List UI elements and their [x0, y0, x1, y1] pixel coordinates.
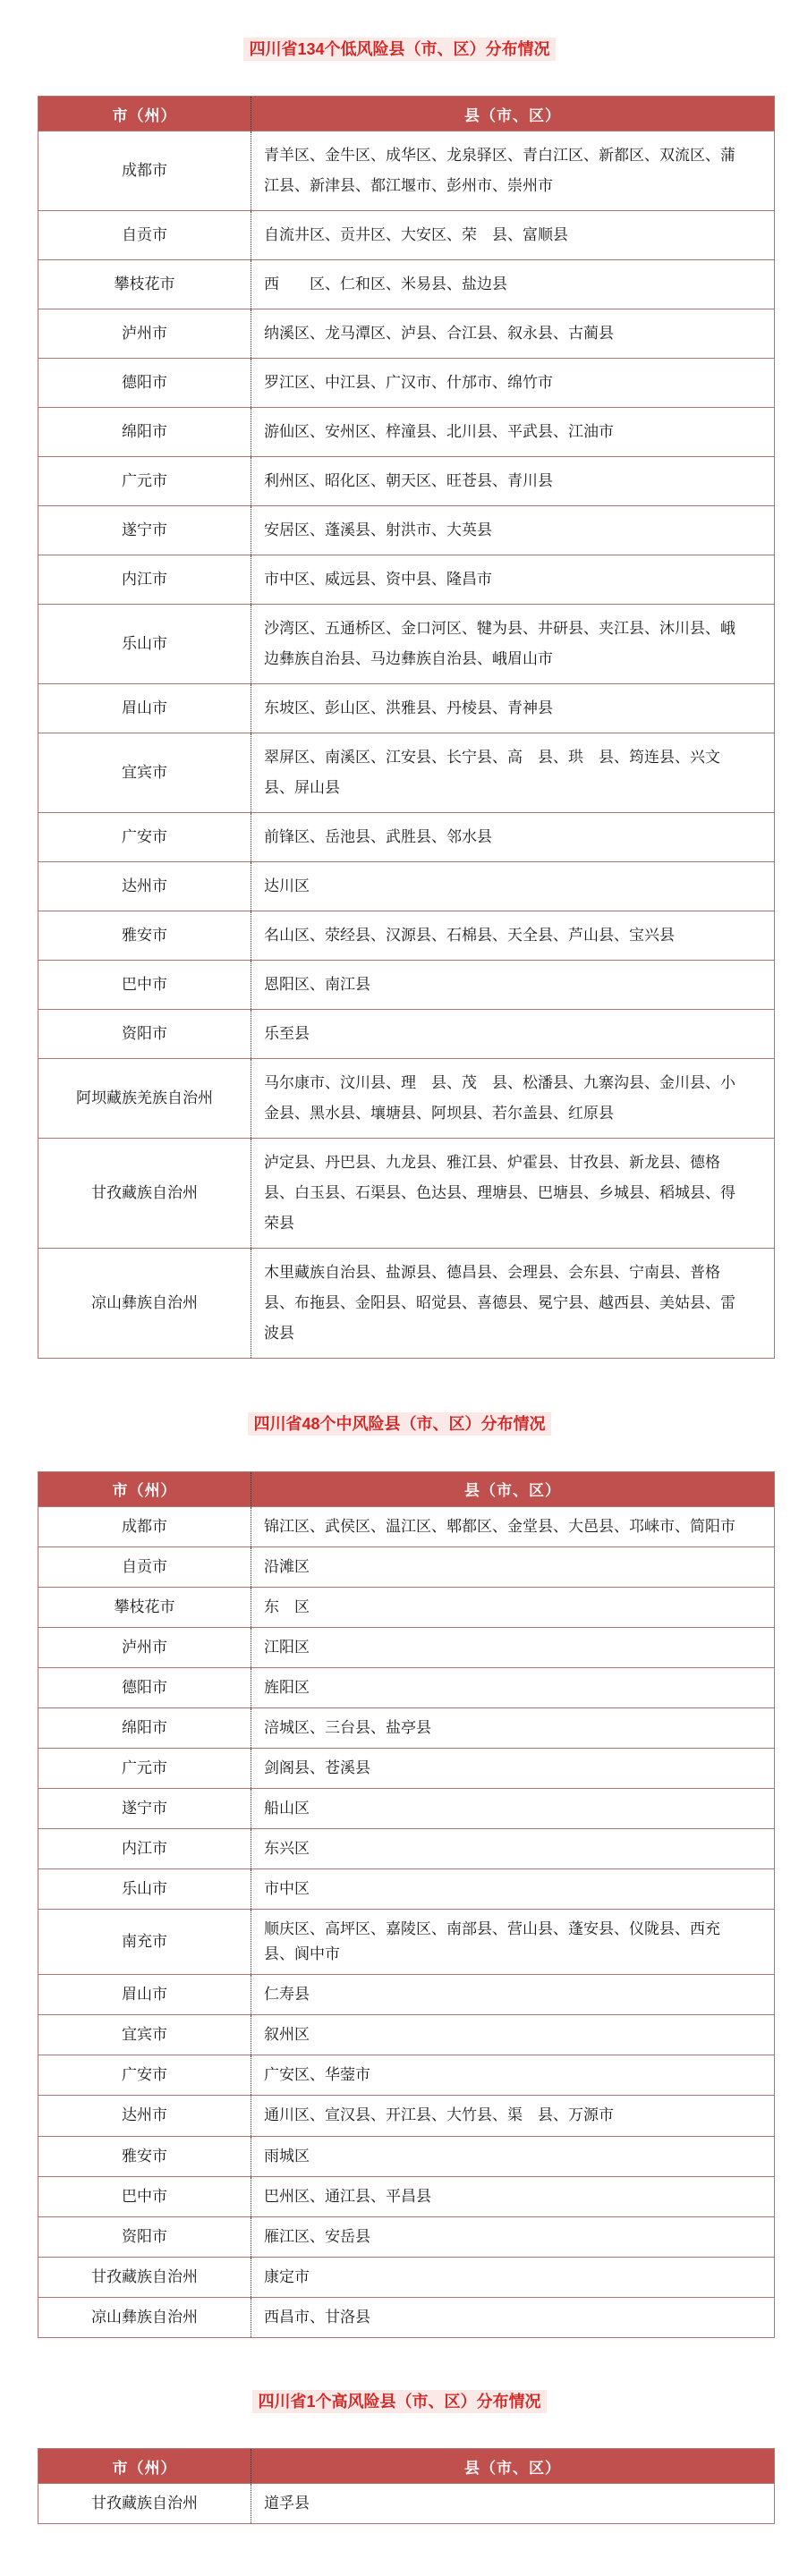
table-row: 广元市利州区、昭化区、朝天区、旺苍县、青川县: [38, 457, 775, 506]
county-list-cell: 雁江区、安岳县: [251, 2216, 775, 2257]
county-list-cell: 康定市: [251, 2257, 775, 2297]
table-row: 绵阳市涪城区、三台县、盐亭县: [38, 1708, 775, 1749]
county-list-cell: 东 区: [251, 1587, 775, 1627]
table-row: 眉山市仁寿县: [38, 1975, 775, 2015]
county-list-cell: 达川区: [251, 862, 775, 911]
table-row: 达州市通川区、宣汉县、开江县、大竹县、渠 县、万源市: [38, 2096, 775, 2136]
section-title-text: 四川省134个低风险县（市、区）分布情况: [243, 38, 555, 61]
table-row: 内江市市中区、威远县、资中县、隆昌市: [38, 555, 775, 605]
table-row: 泸州市纳溪区、龙马潭区、泸县、合江县、叙永县、古蔺县: [38, 309, 775, 359]
county-list-cell: 雨城区: [251, 2136, 775, 2176]
table-row: 遂宁市船山区: [38, 1789, 775, 1829]
table-row: 德阳市罗江区、中江县、广汉市、什邡市、绵竹市: [38, 359, 775, 408]
table-row: 广安市广安区、华蓥市: [38, 2055, 775, 2096]
city-cell: 成都市: [38, 131, 251, 211]
city-cell: 凉山彝族自治州: [38, 2297, 251, 2337]
county-list-cell: 东兴区: [251, 1829, 775, 1869]
county-list-cell: 西昌市、甘洛县: [251, 2297, 775, 2337]
county-list-cell: 西 区、仁和区、米易县、盐边县: [251, 260, 775, 309]
county-list-cell: 巴州区、通江县、平昌县: [251, 2176, 775, 2216]
city-cell: 内江市: [38, 1829, 251, 1869]
column-header-city: 市（州）: [38, 2449, 251, 2484]
county-list-cell: 道孚县: [251, 2484, 775, 2524]
city-cell: 泸州市: [38, 1627, 251, 1667]
table-row: 绵阳市游仙区、安州区、梓潼县、北川县、平武县、江油市: [38, 408, 775, 457]
county-list-cell: 广安区、华蓥市: [251, 2055, 775, 2096]
county-list-cell: 乐至县: [251, 1010, 775, 1059]
column-header-city: 市（州）: [38, 97, 251, 131]
county-list-cell: 江阳区: [251, 1627, 775, 1667]
city-cell: 甘孜藏族自治州: [38, 2484, 251, 2524]
county-list-cell: 安居区、蓬溪县、射洪市、大英县: [251, 506, 775, 555]
city-cell: 眉山市: [38, 684, 251, 733]
table-row: 遂宁市安居区、蓬溪县、射洪市、大英县: [38, 506, 775, 555]
city-cell: 达州市: [38, 2096, 251, 2136]
table-row: 甘孜藏族自治州康定市: [38, 2257, 775, 2297]
column-header-county: 县（市、区）: [251, 1471, 775, 1506]
county-list-cell: 沿滩区: [251, 1546, 775, 1587]
table-row: 广安市前锋区、岳池县、武胜县、邻水县: [38, 813, 775, 862]
county-list-cell: 东坡区、彭山区、洪雅县、丹棱县、青神县: [251, 684, 775, 733]
county-list-cell: 沙湾区、五通桥区、金口河区、犍为县、井研县、夹江县、沐川县、峨边彝族自治县、马边…: [251, 605, 775, 684]
city-cell: 雅安市: [38, 911, 251, 961]
column-header-county: 县（市、区）: [251, 97, 775, 131]
table-row: 泸州市江阳区: [38, 1627, 775, 1667]
city-cell: 甘孜藏族自治州: [38, 1139, 251, 1249]
section-title-text: 四川省48个中风险县（市、区）分布情况: [248, 1412, 550, 1436]
table-row: 雅安市名山区、荥经县、汉源县、石棉县、天全县、芦山县、宝兴县: [38, 911, 775, 961]
document-page: 四川省134个低风险县（市、区）分布情况 市（州） 县（市、区） 成都市青羊区、…: [0, 0, 799, 2576]
table-row: 巴中市巴州区、通江县、平昌县: [38, 2176, 775, 2216]
table-row: 甘孜藏族自治州泸定县、丹巴县、九龙县、雅江县、炉霍县、甘孜县、新龙县、德格县、白…: [38, 1139, 775, 1249]
city-cell: 宜宾市: [38, 2015, 251, 2055]
county-list-cell: 名山区、荥经县、汉源县、石棉县、天全县、芦山县、宝兴县: [251, 911, 775, 961]
table-row: 眉山市东坡区、彭山区、洪雅县、丹棱县、青神县: [38, 684, 775, 733]
city-cell: 内江市: [38, 555, 251, 605]
table-row: 宜宾市翠屏区、南溪区、江安县、长宁县、高 县、珙 县、筠连县、兴文县、屏山县: [38, 733, 775, 813]
risk-table-high: 市（州） 县（市、区） 甘孜藏族自治州道孚县: [38, 2448, 775, 2524]
table-row: 资阳市雁江区、安岳县: [38, 2216, 775, 2257]
table-row: 阿坝藏族羌族自治州马尔康市、汶川县、理 县、茂 县、松潘县、九寨沟县、金川县、小…: [38, 1059, 775, 1139]
city-cell: 绵阳市: [38, 1708, 251, 1749]
column-header-city: 市（州）: [38, 1471, 251, 1506]
county-list-cell: 市中区、威远县、资中县、隆昌市: [251, 555, 775, 605]
table-row: 自贡市沿滩区: [38, 1546, 775, 1587]
table-row: 攀枝花市西 区、仁和区、米易县、盐边县: [38, 260, 775, 309]
county-list-cell: 翠屏区、南溪区、江安县、长宁县、高 县、珙 县、筠连县、兴文县、屏山县: [251, 733, 775, 813]
city-cell: 甘孜藏族自治州: [38, 2257, 251, 2297]
table-row: 宜宾市叙州区: [38, 2015, 775, 2055]
city-cell: 阿坝藏族羌族自治州: [38, 1059, 251, 1139]
county-list-cell: 船山区: [251, 1789, 775, 1829]
section-title-low-risk: 四川省134个低风险县（市、区）分布情况: [0, 39, 799, 60]
city-cell: 乐山市: [38, 1869, 251, 1910]
county-list-cell: 涪城区、三台县、盐亭县: [251, 1708, 775, 1749]
city-cell: 遂宁市: [38, 1789, 251, 1829]
city-cell: 乐山市: [38, 605, 251, 684]
city-cell: 广安市: [38, 2055, 251, 2096]
county-list-cell: 纳溪区、龙马潭区、泸县、合江县、叙永县、古蔺县: [251, 309, 775, 359]
city-cell: 德阳市: [38, 1667, 251, 1707]
table-row: 凉山彝族自治州木里藏族自治县、盐源县、德昌县、会理县、会东县、宁南县、普格县、布…: [38, 1249, 775, 1359]
city-cell: 广元市: [38, 457, 251, 506]
county-list-cell: 青羊区、金牛区、成华区、龙泉驿区、青白江区、新都区、双流区、蒲江县、新津县、都江…: [251, 131, 775, 211]
city-cell: 巴中市: [38, 2176, 251, 2216]
county-list-cell: 木里藏族自治县、盐源县、德昌县、会理县、会东县、宁南县、普格县、布拖县、金阳县、…: [251, 1249, 775, 1359]
city-cell: 资阳市: [38, 1010, 251, 1059]
table-header-row: 市（州） 县（市、区）: [38, 97, 775, 131]
table-row: 雅安市雨城区: [38, 2136, 775, 2176]
city-cell: 南充市: [38, 1910, 251, 1975]
county-list-cell: 剑阁县、苍溪县: [251, 1749, 775, 1789]
city-cell: 雅安市: [38, 2136, 251, 2176]
city-cell: 自贡市: [38, 1546, 251, 1587]
section-title-medium-risk: 四川省48个中风险县（市、区）分布情况: [0, 1414, 799, 1435]
section-title-text: 四川省1个高风险县（市、区）分布情况: [252, 2390, 546, 2413]
county-list-cell: 通川区、宣汉县、开江县、大竹县、渠 县、万源市: [251, 2096, 775, 2136]
county-list-cell: 顺庆区、高坪区、嘉陵区、南部县、营山县、蓬安县、仪陇县、西充县、阆中市: [251, 1910, 775, 1975]
city-cell: 宜宾市: [38, 733, 251, 813]
table-row: 自贡市自流井区、贡井区、大安区、荣 县、富顺县: [38, 211, 775, 260]
table-row: 达州市达川区: [38, 862, 775, 911]
county-list-cell: 仁寿县: [251, 1975, 775, 2015]
city-cell: 成都市: [38, 1506, 251, 1546]
table-row: 广元市剑阁县、苍溪县: [38, 1749, 775, 1789]
table-row: 凉山彝族自治州西昌市、甘洛县: [38, 2297, 775, 2337]
city-cell: 凉山彝族自治州: [38, 1249, 251, 1359]
city-cell: 巴中市: [38, 961, 251, 1010]
table-row: 德阳市旌阳区: [38, 1667, 775, 1707]
city-cell: 资阳市: [38, 2216, 251, 2257]
county-list-cell: 市中区: [251, 1869, 775, 1910]
city-cell: 广安市: [38, 813, 251, 862]
table-row: 南充市顺庆区、高坪区、嘉陵区、南部县、营山县、蓬安县、仪陇县、西充县、阆中市: [38, 1910, 775, 1975]
table-header-row: 市（州） 县（市、区）: [38, 2449, 775, 2484]
county-list-cell: 前锋区、岳池县、武胜县、邻水县: [251, 813, 775, 862]
county-list-cell: 游仙区、安州区、梓潼县、北川县、平武县、江油市: [251, 408, 775, 457]
table-row: 乐山市沙湾区、五通桥区、金口河区、犍为县、井研县、夹江县、沐川县、峨边彝族自治县…: [38, 605, 775, 684]
county-list-cell: 自流井区、贡井区、大安区、荣 县、富顺县: [251, 211, 775, 260]
section-medium-risk: 四川省48个中风险县（市、区）分布情况 市（州） 县（市、区） 成都市锦江区、武…: [0, 1414, 799, 2337]
city-cell: 广元市: [38, 1749, 251, 1789]
county-list-cell: 罗江区、中江县、广汉市、什邡市、绵竹市: [251, 359, 775, 408]
table-row: 甘孜藏族自治州道孚县: [38, 2484, 775, 2524]
county-list-cell: 泸定县、丹巴县、九龙县、雅江县、炉霍县、甘孜县、新龙县、德格县、白玉县、石渠县、…: [251, 1139, 775, 1249]
county-list-cell: 利州区、昭化区、朝天区、旺苍县、青川县: [251, 457, 775, 506]
city-cell: 攀枝花市: [38, 1587, 251, 1627]
city-cell: 绵阳市: [38, 408, 251, 457]
city-cell: 自贡市: [38, 211, 251, 260]
city-cell: 遂宁市: [38, 506, 251, 555]
risk-table-low: 市（州） 县（市、区） 成都市青羊区、金牛区、成华区、龙泉驿区、青白江区、新都区…: [38, 96, 775, 1359]
city-cell: 达州市: [38, 862, 251, 911]
city-cell: 攀枝花市: [38, 260, 251, 309]
table-row: 巴中市恩阳区、南江县: [38, 961, 775, 1010]
table-row: 资阳市乐至县: [38, 1010, 775, 1059]
risk-table-medium: 市（州） 县（市、区） 成都市锦江区、武侯区、温江区、郫都区、金堂县、大邑县、邛…: [38, 1471, 775, 2338]
column-header-county: 县（市、区）: [251, 2449, 775, 2484]
city-cell: 泸州市: [38, 309, 251, 359]
county-list-cell: 旌阳区: [251, 1667, 775, 1707]
city-cell: 德阳市: [38, 359, 251, 408]
county-list-cell: 锦江区、武侯区、温江区、郫都区、金堂县、大邑县、邛崃市、简阳市: [251, 1506, 775, 1546]
table-row: 成都市锦江区、武侯区、温江区、郫都区、金堂县、大邑县、邛崃市、简阳市: [38, 1506, 775, 1546]
county-list-cell: 马尔康市、汶川县、理 县、茂 县、松潘县、九寨沟县、金川县、小金县、黑水县、壤塘…: [251, 1059, 775, 1139]
city-cell: 眉山市: [38, 1975, 251, 2015]
table-header-row: 市（州） 县（市、区）: [38, 1471, 775, 1506]
county-list-cell: 叙州区: [251, 2015, 775, 2055]
section-low-risk: 四川省134个低风险县（市、区）分布情况 市（州） 县（市、区） 成都市青羊区、…: [0, 39, 799, 1359]
table-row: 内江市东兴区: [38, 1829, 775, 1869]
table-row: 乐山市市中区: [38, 1869, 775, 1910]
county-list-cell: 恩阳区、南江县: [251, 961, 775, 1010]
section-title-high-risk: 四川省1个高风险县（市、区）分布情况: [0, 2392, 799, 2412]
table-row: 成都市青羊区、金牛区、成华区、龙泉驿区、青白江区、新都区、双流区、蒲江县、新津县…: [38, 131, 775, 211]
table-row: 攀枝花市东 区: [38, 1587, 775, 1627]
